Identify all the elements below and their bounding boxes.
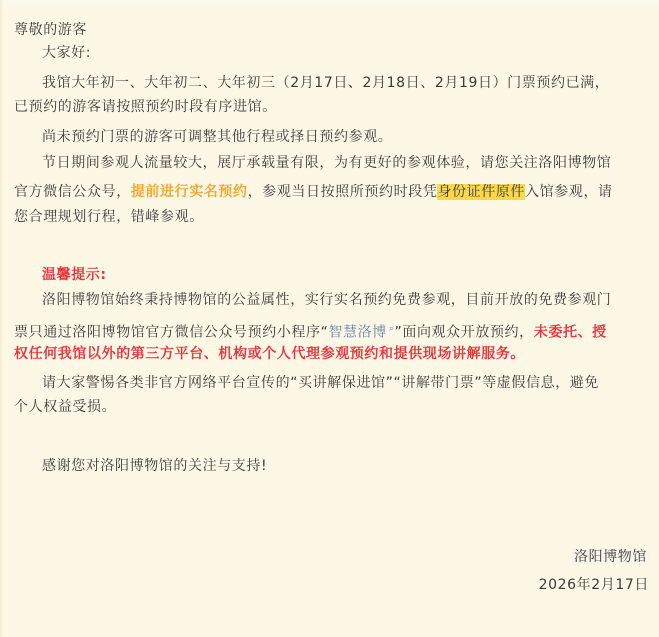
notice-page: 尊敬的游客 大家好: 我馆大年初一、大年初二、大年初三（2月17日、2月18日、… xyxy=(0,0,659,637)
paragraph-3-line-1: 节日期间参观人流量较大，展厅承载量有限，为有更好的参观体验，请您关注洛阳博物馆 xyxy=(42,153,611,173)
paragraph-4-line-1: 洛阳博物馆始终秉持博物馆的公益属性，实行实名预约免费参观，目前开放的免费参观门 xyxy=(42,290,611,310)
greeting: 大家好: xyxy=(42,43,91,63)
mini-program-link[interactable]: 智慧洛博 xyxy=(328,325,386,341)
date: 2026年2月17日 xyxy=(539,575,649,595)
text: 官方微信公众号， xyxy=(14,184,131,200)
thanks: 感谢您对洛阳博物馆的关注与支持! xyxy=(42,456,267,476)
paragraph-3-line-2: 官方微信公众号，提前进行实名预约，参观当日按照所预约时段凭身份证件原件入馆参观，… xyxy=(14,182,613,202)
highlight-id-original: 身份证件原件 xyxy=(437,184,525,200)
signature: 洛阳博物馆 xyxy=(572,547,649,567)
paragraph-3-line-3: 您合理规划行程，错峰参观。 xyxy=(14,207,204,227)
emphasis-warning: 未委托、授 xyxy=(534,325,607,341)
text: ，参观当日按照所预约时段凭 xyxy=(248,184,438,200)
salutation: 尊敬的游客 xyxy=(14,20,87,40)
emphasis-real-name-booking: 提前进行实名预约 xyxy=(131,184,248,200)
top-strip xyxy=(2,0,659,6)
paragraph-5-line-1: 请大家警惕各类非官方网络平台宣传的“买讲解保进馆”“讲解带门票”等虚假信息，避免 xyxy=(42,373,599,393)
paragraph-4-line-3: 权任何我馆以外的第三方平台、机构或个人代理参观预约和提供现场讲解服务。 xyxy=(14,344,525,364)
paragraph-5-line-2: 个人权益受损。 xyxy=(14,397,116,417)
tip-heading: 温馨提示: xyxy=(42,265,107,285)
paragraph-1-line-1: 我馆大年初一、大年初二、大年初三（2月17日、2月18日、2月19日）门票预约已… xyxy=(42,73,609,93)
signature-text: 洛阳博物馆 xyxy=(572,549,649,565)
text: ”面向观众开放预约， xyxy=(395,325,534,341)
text: 入馆参观，请 xyxy=(525,184,613,200)
paragraph-2: 尚未预约门票的游客可调整其他行程或择日预约参观。 xyxy=(42,127,392,147)
text: 票只通过洛阳博物馆官方微信公众号预约小程序“ xyxy=(14,325,328,341)
paragraph-1-line-2: 已预约的游客请按照预约时段有序进馆。 xyxy=(14,97,277,117)
paragraph-4-line-2: 票只通过洛阳博物馆官方微信公众号预约小程序“智慧洛博⌕”面向观众开放预约，未委托… xyxy=(14,319,607,343)
